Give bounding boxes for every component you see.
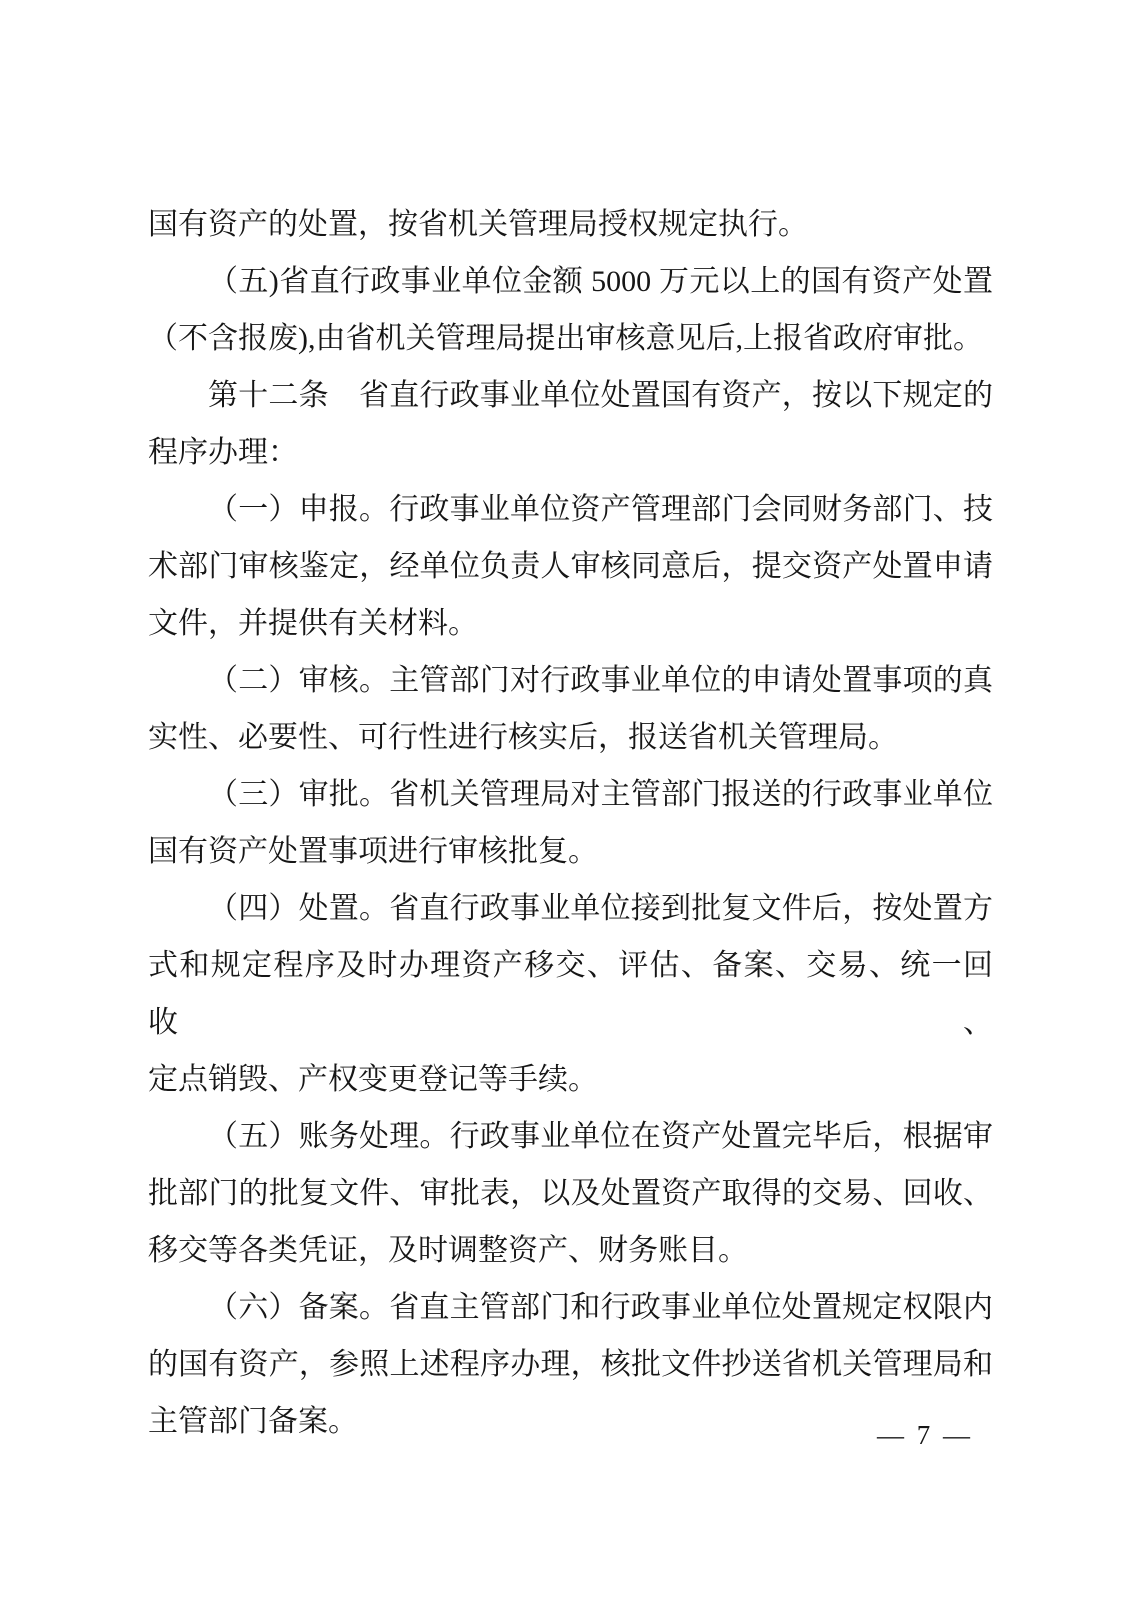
- paragraph-continuation: 国有资产的处置，按省机关管理局授权规定执行。: [148, 196, 993, 253]
- paragraph-step-6: （六）备案。省直主管部门和行政事业单位处置规定权限内 的国有资产，参照上述程序办…: [148, 1279, 993, 1450]
- text-line: （一）申报。行政事业单位资产管理部门会同财务部门、技: [148, 481, 993, 538]
- text-line: 术部门审核鉴定，经单位负责人审核同意后，提交资产处置申请: [148, 538, 993, 595]
- paragraph-step-5: （五）账务处理。行政事业单位在资产处置完毕后，根据审 批部门的批复文件、审批表，…: [148, 1108, 993, 1279]
- document-page: 国有资产的处置，按省机关管理局授权规定执行。 （五)省直行政事业单位金额 500…: [0, 0, 1131, 1600]
- text-line: （四）处置。省直行政事业单位接到批复文件后，按处置方: [148, 880, 993, 937]
- paragraph-article-12: 第十二条 省直行政事业单位处置国有资产，按以下规定的 程序办理：: [148, 367, 993, 481]
- paragraph-step-2: （二）审核。主管部门对行政事业单位的申请处置事项的真 实性、必要性、可行性进行核…: [148, 652, 993, 766]
- text-line: （三）审批。省机关管理局对主管部门报送的行政事业单位: [148, 766, 993, 823]
- document-body: 国有资产的处置，按省机关管理局授权规定执行。 （五)省直行政事业单位金额 500…: [148, 196, 993, 1450]
- text-line: 国有资产处置事项进行审核批复。: [148, 823, 993, 880]
- paragraph-item-5: （五)省直行政事业单位金额 5000 万元以上的国有资产处置 （不含报废),由省…: [148, 253, 993, 367]
- text-line: 国有资产的处置，按省机关管理局授权规定执行。: [148, 196, 993, 253]
- text-line: 批部门的批复文件、审批表，以及处置资产取得的交易、回收、: [148, 1165, 993, 1222]
- text-line: （五）账务处理。行政事业单位在资产处置完毕后，根据审: [148, 1108, 993, 1165]
- text-line: （六）备案。省直主管部门和行政事业单位处置规定权限内: [148, 1279, 993, 1336]
- paragraph-step-4: （四）处置。省直行政事业单位接到批复文件后，按处置方 式和规定程序及时办理资产移…: [148, 880, 993, 1108]
- page-number: — 7 —: [877, 1420, 973, 1451]
- text-line: 程序办理：: [148, 424, 993, 481]
- text-line: （五)省直行政事业单位金额 5000 万元以上的国有资产处置: [148, 253, 993, 310]
- text-line: 定点销毁、产权变更登记等手续。: [148, 1051, 993, 1108]
- text-line: （二）审核。主管部门对行政事业单位的申请处置事项的真: [148, 652, 993, 709]
- paragraph-step-3: （三）审批。省机关管理局对主管部门报送的行政事业单位 国有资产处置事项进行审核批…: [148, 766, 993, 880]
- text-line: 第十二条 省直行政事业单位处置国有资产，按以下规定的: [148, 367, 993, 424]
- paragraph-step-1: （一）申报。行政事业单位资产管理部门会同财务部门、技 术部门审核鉴定，经单位负责…: [148, 481, 993, 652]
- text-line: 文件，并提供有关材料。: [148, 595, 993, 652]
- text-line: 式和规定程序及时办理资产移交、评估、备案、交易、统一回收、: [148, 937, 993, 1051]
- text-line: 实性、必要性、可行性进行核实后，报送省机关管理局。: [148, 709, 993, 766]
- text-line: 主管部门备案。: [148, 1393, 993, 1450]
- text-line: 的国有资产，参照上述程序办理，核批文件抄送省机关管理局和: [148, 1336, 993, 1393]
- text-line: （不含报废),由省机关管理局提出审核意见后,上报省政府审批。: [148, 310, 993, 367]
- text-line: 移交等各类凭证，及时调整资产、财务账目。: [148, 1222, 993, 1279]
